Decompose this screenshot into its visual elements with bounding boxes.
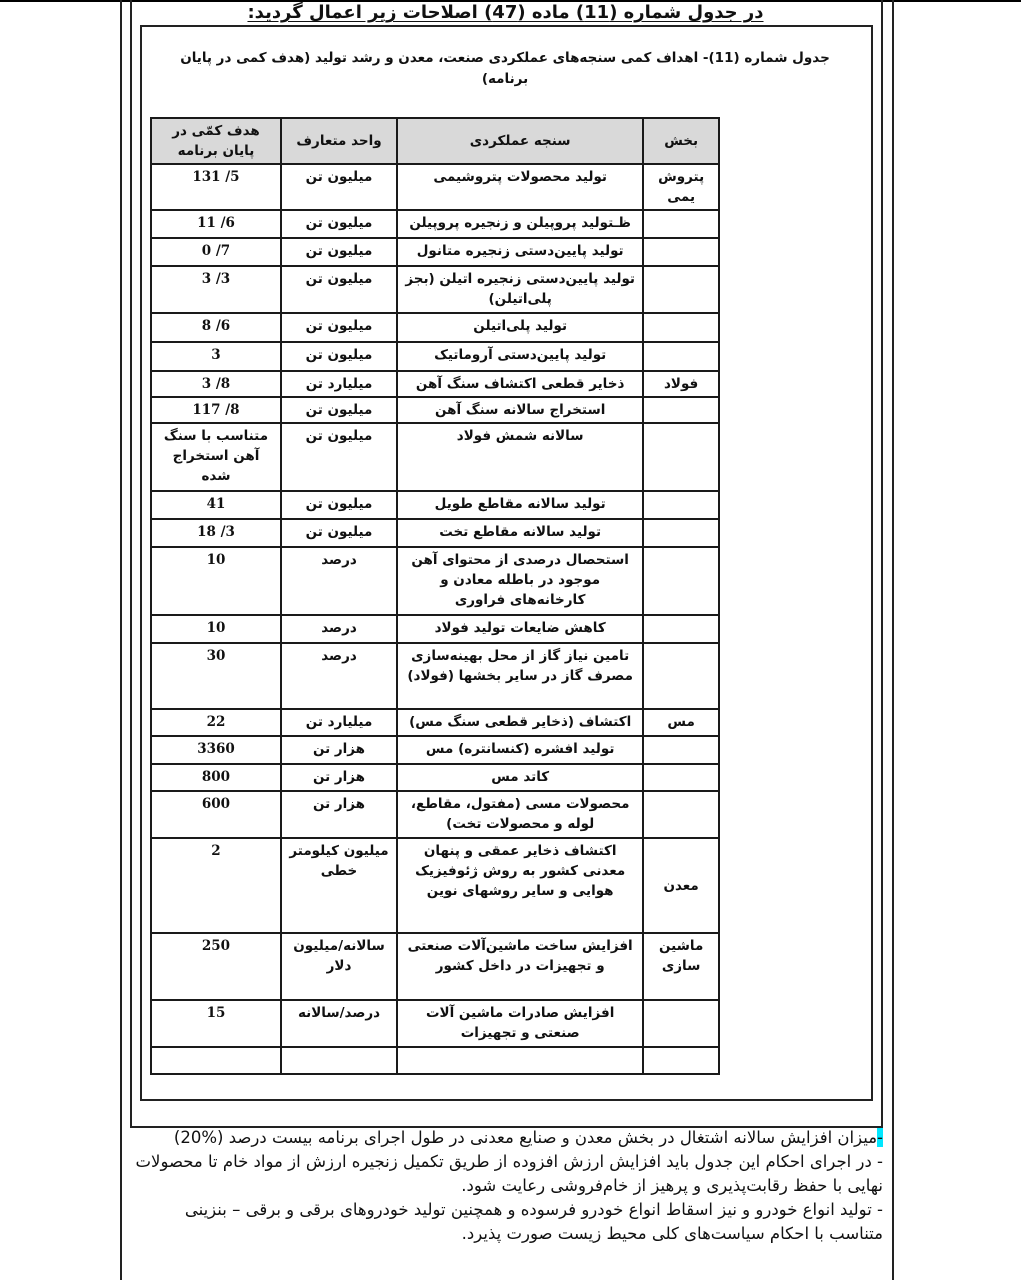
outer-left-rule — [120, 0, 122, 1280]
cell-unit: میلیون تن — [281, 238, 397, 266]
cell-sector — [643, 519, 719, 547]
cell-target: 15 — [151, 1000, 281, 1047]
table-row: تولید پلی‌اتیلنمیلیون تن8 /6 — [151, 313, 719, 342]
table-row — [151, 1047, 719, 1074]
cell-metric: تولید پایین‌دستی آروماتیک — [397, 342, 643, 371]
cell-target: 30 — [151, 643, 281, 709]
cell-unit: درصد — [281, 615, 397, 643]
cell-sector — [643, 1047, 719, 1074]
cell-unit: میلیون تن — [281, 164, 397, 210]
cell-unit: درصد — [281, 643, 397, 709]
cell-sector — [643, 313, 719, 342]
cell-metric: تولید پایین‌دستی زنجیره متانول — [397, 238, 643, 266]
table-header-row: بخش سنجه عملکردی واحد متعارف هدف کمّی در… — [151, 118, 719, 164]
cell-unit: هزار تن — [281, 764, 397, 791]
table-row: استحصال درصدی از محتوای آهن موجود در باط… — [151, 547, 719, 615]
header-sector: بخش — [643, 118, 719, 164]
note-automobile: - تولید انواع خودرو و نیز اسقاط انواع خو… — [128, 1198, 883, 1246]
cell-target: 2 — [151, 838, 281, 933]
cell-metric: تولید سالانه مقاطع تخت — [397, 519, 643, 547]
cell-metric: تولید محصولات پتروشیمی — [397, 164, 643, 210]
cell-metric: استحصال درصدی از محتوای آهن موجود در باط… — [397, 547, 643, 615]
cell-metric: کاهش ضایعات تولید فولاد — [397, 615, 643, 643]
cell-sector — [643, 643, 719, 709]
cell-target: متناسب با سنگ آهن استخراج شده — [151, 423, 281, 491]
cell-sector — [643, 736, 719, 764]
table-row: معدناکتشاف ذخایر عمقی و پنهان معدنی کشور… — [151, 838, 719, 933]
cell-sector — [643, 764, 719, 791]
cell-sector: پتروش یمی — [643, 164, 719, 210]
heading-text: در جدول شماره (11) ماده (47) اصلاحات زیر… — [247, 2, 763, 23]
cell-sector — [643, 210, 719, 238]
cell-unit: سالانه/میلیون دلار — [281, 933, 397, 1000]
cell-target: 8 /6 — [151, 313, 281, 342]
cell-target: 3 /8 — [151, 371, 281, 397]
cell-target: 800 — [151, 764, 281, 791]
cell-sector — [643, 342, 719, 371]
cell-metric: تولید پایین‌دستی زنجیره اتیلن (بجز پلی‌ا… — [397, 266, 643, 313]
cell-unit: میلیون کیلومتر خطی — [281, 838, 397, 933]
table-caption: جدول شماره (11)- اهداف کمی سنجه‌های عملک… — [160, 48, 850, 90]
table-row: تولید پایین‌دستی آروماتیکمیلیون تن3 — [151, 342, 719, 371]
table-row: محصولات مسی (مفتول، مقاطع، لوله و محصولا… — [151, 791, 719, 838]
page-heading: در جدول شماره (11) ماده (47) اصلاحات زیر… — [140, 2, 871, 24]
cell-metric: تولید سالانه مقاطع طویل — [397, 491, 643, 519]
cell-metric: محصولات مسی (مفتول، مقاطع، لوله و محصولا… — [397, 791, 643, 838]
cell-sector: ماشین سازی — [643, 933, 719, 1000]
note-employment: -میزان افزایش سالانه اشتغال در بخش معدن … — [128, 1126, 883, 1150]
table-row: استخراج سالانه سنگ آهنمیلیون تن117 /8 — [151, 397, 719, 423]
notes-section: -میزان افزایش سالانه اشتغال در بخش معدن … — [128, 1126, 883, 1246]
cell-metric: استخراج سالانه سنگ آهن — [397, 397, 643, 423]
cell-metric: افزایش ساخت ماشین‌آلات صنعتی و تجهیزات د… — [397, 933, 643, 1000]
cell-sector — [643, 791, 719, 838]
table-row: مساکتشاف (ذخایر قطعی سنگ مس)میلیارد تن22 — [151, 709, 719, 736]
cell-sector — [643, 423, 719, 491]
cell-unit: میلیارد تن — [281, 709, 397, 736]
cell-target: 131 /5 — [151, 164, 281, 210]
cell-unit: میلیون تن — [281, 210, 397, 238]
header-metric: سنجه عملکردی — [397, 118, 643, 164]
table-row: ظـتولید پروپیلن و زنجیره پروپیلنمیلیون ت… — [151, 210, 719, 238]
table-row: تولید سالانه مقاطع تختمیلیون تن18 /3 — [151, 519, 719, 547]
cell-target: 0 /7 — [151, 238, 281, 266]
cell-unit: هزار تن — [281, 736, 397, 764]
cell-target: 117 /8 — [151, 397, 281, 423]
table-row: تولید افشره (کنسانتره) مسهزار تن3360 — [151, 736, 719, 764]
table-row: تولید سالانه مقاطع طویلمیلیون تن41 — [151, 491, 719, 519]
cell-unit: میلیارد تن — [281, 371, 397, 397]
cell-sector — [643, 491, 719, 519]
table-row: تولید پایین‌دستی زنجیره متانولمیلیون تن0… — [151, 238, 719, 266]
cell-target: 250 — [151, 933, 281, 1000]
cell-unit — [281, 1047, 397, 1074]
cell-unit: میلیون تن — [281, 397, 397, 423]
cell-metric: تولید افشره (کنسانتره) مس — [397, 736, 643, 764]
cell-unit: میلیون تن — [281, 313, 397, 342]
cell-metric: کاتد مس — [397, 764, 643, 791]
cell-unit: میلیون تن — [281, 342, 397, 371]
cell-sector — [643, 238, 719, 266]
table-row: افزایش صادرات ماشین آلات صنعتی و تجهیزات… — [151, 1000, 719, 1047]
table-body: پتروش یمیتولید محصولات پتروشیمیمیلیون تن… — [151, 164, 719, 1074]
cell-target: 3 /3 — [151, 266, 281, 313]
cell-metric: تولید پلی‌اتیلن — [397, 313, 643, 342]
cell-sector — [643, 397, 719, 423]
cell-unit: میلیون تن — [281, 491, 397, 519]
table-row: سالانه شمش فولادمیلیون تنمتناسب با سنگ آ… — [151, 423, 719, 491]
cell-metric: تامین نیاز گاز از محل بهینه‌سازی مصرف گا… — [397, 643, 643, 709]
cell-target — [151, 1047, 281, 1074]
note-text: میزان افزایش سالانه اشتغال در بخش معدن و… — [174, 1128, 877, 1147]
cell-sector — [643, 615, 719, 643]
cell-sector — [643, 547, 719, 615]
cell-sector: فولاد — [643, 371, 719, 397]
cell-target: 10 — [151, 547, 281, 615]
cell-target: 3 — [151, 342, 281, 371]
table-row: کاتد مسهزار تن800 — [151, 764, 719, 791]
cell-unit: درصد/سالانه — [281, 1000, 397, 1047]
cell-metric — [397, 1047, 643, 1074]
cell-target: 18 /3 — [151, 519, 281, 547]
table-row: پتروش یمیتولید محصولات پتروشیمیمیلیون تن… — [151, 164, 719, 210]
cell-target: 22 — [151, 709, 281, 736]
table-row: ماشین سازیافزایش ساخت ماشین‌آلات صنعتی و… — [151, 933, 719, 1000]
outer-right-rule — [892, 0, 894, 1280]
table-row: تولید پایین‌دستی زنجیره اتیلن (بجز پلی‌ا… — [151, 266, 719, 313]
cell-metric: سالانه شمش فولاد — [397, 423, 643, 491]
cell-unit: میلیون تن — [281, 423, 397, 491]
cell-sector — [643, 266, 719, 313]
cell-unit: میلیون تن — [281, 266, 397, 313]
table-row: فولادذخایر قطعی اکتشاف سنگ آهنمیلیارد تن… — [151, 371, 719, 397]
cell-sector: مس — [643, 709, 719, 736]
cell-sector: معدن — [643, 838, 719, 933]
cell-unit: هزار تن — [281, 791, 397, 838]
cell-target: 600 — [151, 791, 281, 838]
cell-target: 11 /6 — [151, 210, 281, 238]
cell-metric: افزایش صادرات ماشین آلات صنعتی و تجهیزات — [397, 1000, 643, 1047]
table-row: کاهش ضایعات تولید فولاددرصد10 — [151, 615, 719, 643]
header-target: هدف کمّی در پایان برنامه — [151, 118, 281, 164]
cell-unit: میلیون تن — [281, 519, 397, 547]
cell-target: 41 — [151, 491, 281, 519]
cell-sector — [643, 1000, 719, 1047]
note-value-chain: - در اجرای احکام این جدول باید افزایش ار… — [128, 1150, 883, 1198]
highlighted-dash: - — [877, 1128, 883, 1147]
cell-metric: اکتشاف (ذخایر قطعی سنگ مس) — [397, 709, 643, 736]
table-row: تامین نیاز گاز از محل بهینه‌سازی مصرف گا… — [151, 643, 719, 709]
cell-target: 10 — [151, 615, 281, 643]
goals-table: بخش سنجه عملکردی واحد متعارف هدف کمّی در… — [150, 117, 720, 1075]
header-unit: واحد متعارف — [281, 118, 397, 164]
cell-metric: اکتشاف ذخایر عمقی و پنهان معدنی کشور به … — [397, 838, 643, 933]
cell-target: 3360 — [151, 736, 281, 764]
cell-metric: ذخایر قطعی اکتشاف سنگ آهن — [397, 371, 643, 397]
cell-metric: ظـتولید پروپیلن و زنجیره پروپیلن — [397, 210, 643, 238]
cell-unit: درصد — [281, 547, 397, 615]
